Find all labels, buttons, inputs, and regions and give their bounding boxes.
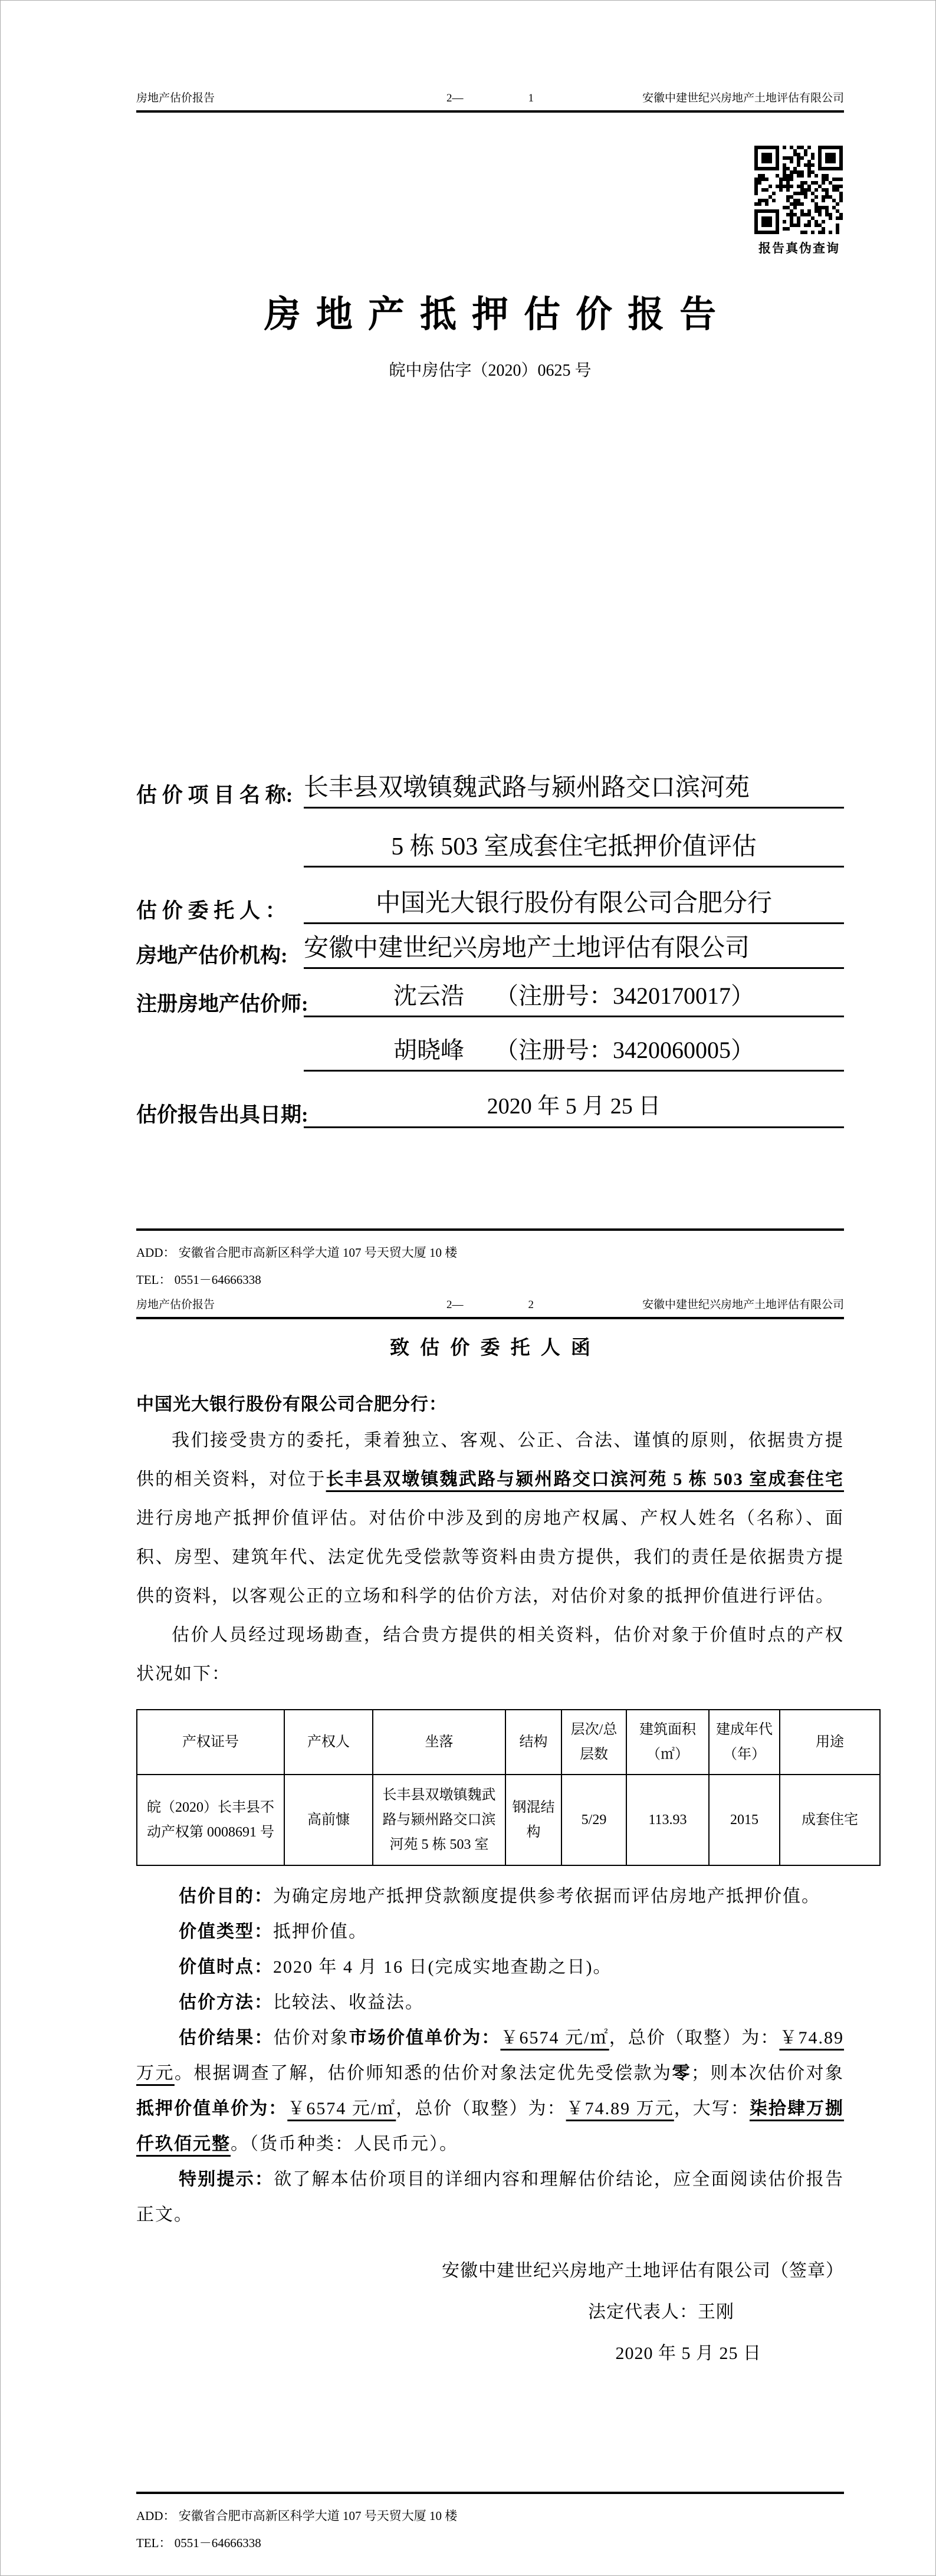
- result-market-unit-price-label: 市场价值单价为：: [349, 2028, 501, 2048]
- col-usage: 用途: [780, 1710, 880, 1775]
- field-appraiser-2: 胡晓峰 （注册号：3420060005）: [136, 1036, 844, 1072]
- appraiser-1-name: 沈云浩: [393, 982, 464, 1013]
- signature-block: 安徽中建世纪兴房地产土地评估有限公司（签章） 法定代表人：王刚 2020 年 5…: [136, 2250, 844, 2374]
- field-project-label: 估 价 项 目 名 称:: [136, 779, 304, 809]
- result-currency-note: 。（货币种类：人民币元）。: [231, 2134, 458, 2154]
- header-page-number: 2— 2: [446, 1299, 534, 1312]
- report-document: 房地产估价报告 2— 1 安徽中建世纪兴房地产土地评估有限公司 报告真伪查询 房…: [0, 0, 936, 2576]
- cell-year-built: 2015: [709, 1775, 780, 1865]
- field-project-value-line2: 5 栋 503 室成套住宅抵押价值评估: [304, 832, 844, 868]
- signature-date: 2020 年 5 月 25 日: [136, 2333, 844, 2374]
- col-structure: 结构: [505, 1710, 561, 1775]
- result-mortgage-unit-price-label: 抵押价值单价为：: [136, 2099, 287, 2118]
- appraiser-2-reg-no: （注册号：3420060005）: [495, 1036, 754, 1067]
- table-header-row: 产权证号 产权人 坐落 结构 层次/总层数 建筑面积（㎡） 建成年代（年） 用途: [137, 1710, 880, 1775]
- field-issue-date-value: 2020 年 5 月 25 日: [304, 1093, 844, 1128]
- letter-page: 房地产估价报告 2— 2 安徽中建世纪兴房地产土地评估有限公司 致估价委托人函 …: [136, 1296, 844, 2374]
- col-area: 建筑面积（㎡）: [626, 1710, 709, 1775]
- field-issue-date-label: 估价报告出具日期:: [136, 1099, 304, 1128]
- col-year-built: 建成年代（年）: [709, 1710, 780, 1775]
- field-client-label: 估 价 委 托 人 ：: [136, 895, 304, 924]
- letter-paragraph-1: 我们接受贵方的委托，秉着独立、客观、公正、合法、谨慎的原则，依据贵方提供的相关资…: [136, 1421, 844, 1616]
- field-appraiser-2-value: 胡晓峰 （注册号：3420060005）: [304, 1036, 844, 1072]
- method-label: 估价方法：: [179, 1993, 273, 2012]
- page2-running-footer: ADD： 安徽省合肥市高新区科学大道 107 号天贸大厦 10 楼 TEL： 0…: [136, 2492, 844, 2557]
- para1-post: 进行房地产抵押价值评估。对估价中涉及到的房地产权属、产权人姓名（名称）、面积、房…: [136, 1509, 844, 1606]
- letter-paragraph-2: 估价人员经过现场勘查，结合贵方提供的相关资料，估价对象于价值时点的产权状况如下：: [136, 1616, 844, 1694]
- qr-box: 报告真伪查询: [754, 146, 844, 257]
- cover-page: 房地产估价报告 2— 1 安徽中建世纪兴房地产土地评估有限公司 报告真伪查询 房…: [136, 89, 844, 1128]
- footer-address: ADD： 安徽省合肥市高新区科学大道 107 号天贸大厦 10 楼: [136, 1239, 844, 1266]
- footer-address: ADD： 安徽省合肥市高新区科学大道 107 号天贸大厦 10 楼: [136, 2502, 844, 2529]
- header-page-number: 2— 1: [446, 92, 534, 105]
- field-agency-label: 房地产估价机构:: [136, 939, 304, 969]
- result-then-text: ；则本次估价对象: [691, 2064, 844, 2083]
- section-result: 估价结果：估价对象市场价值单价为：￥6574 元/㎡，总价（取整）为：￥74.8…: [136, 2020, 844, 2162]
- qr-area: 报告真伪查询: [136, 146, 844, 257]
- result-market-unit-price: ￥6574 元/㎡: [500, 2028, 609, 2048]
- col-floor: 层次/总层数: [561, 1710, 626, 1775]
- header-doc-type: 房地产估价报告: [136, 89, 446, 105]
- section-value-date: 价值时点：2020 年 4 月 16 日(完成实地查勘之日)。: [136, 1950, 844, 1985]
- page-number-prefix: 2—: [446, 92, 464, 105]
- report-doc-number: 皖中房估字（2020）0625 号: [136, 357, 844, 381]
- page1-running-footer: ADD： 安徽省合肥市高新区科学大道 107 号天贸大厦 10 楼 TEL： 0…: [136, 1228, 844, 1293]
- result-prior-claims-zero: 零: [672, 2064, 691, 2083]
- letter-salutation: 中国光大银行股份有限公司合肥分行：: [136, 1389, 844, 1415]
- field-issue-date: 估价报告出具日期: 2020 年 5 月 25 日: [136, 1093, 844, 1128]
- col-location: 坐落: [373, 1710, 505, 1775]
- result-mortgage-total-label: ，总价（取整）为：: [396, 2099, 566, 2118]
- para1-subject: 长丰县双墩镇魏武路与颍州路交口滨河苑 5 栋 503 室成套住宅: [326, 1470, 844, 1489]
- field-appraiser-1: 注册房地产估价师: 沈云浩 （注册号：3420170017）: [136, 982, 844, 1017]
- signature-legal-representative: 法定代表人：王刚: [136, 2292, 844, 2333]
- cell-owner: 高前慷: [284, 1775, 373, 1865]
- page-number-value: 2: [528, 1299, 534, 1312]
- header-company-name: 安徽中建世纪兴房地产土地评估有限公司: [534, 1296, 844, 1312]
- appraisal-summary-sections: 估价目的：为确定房地产抵押贷款额度提供参考依据而评估房地产抵押价值。 价值类型：…: [136, 1879, 844, 2233]
- footer-phone: TEL： 0551－64666338: [136, 2529, 844, 2557]
- col-cert-no: 产权证号: [137, 1710, 284, 1775]
- value-type-label: 价值类型：: [179, 1922, 273, 1941]
- field-project-name: 估 价 项 目 名 称: 长丰县双墩镇魏武路与颍州路交口滨河苑: [136, 773, 844, 809]
- field-project-value-line1: 长丰县双墩镇魏武路与颍州路交口滨河苑: [304, 773, 844, 809]
- qr-code-icon: [754, 146, 843, 234]
- result-capital-label: ，大写：: [674, 2099, 750, 2118]
- method-text: 比较法、收益法。: [273, 1993, 424, 2012]
- field-appraiser-label: 注册房地产估价师:: [136, 988, 304, 1017]
- section-special-tips: 特别提示：欲了解本估价项目的详细内容和理解估价结论，应全面阅读估价报告正文。: [136, 2162, 844, 2233]
- value-date-text: 2020 年 4 月 16 日(完成实地查勘之日)。: [273, 1957, 612, 1977]
- tips-label: 特别提示：: [179, 2170, 274, 2189]
- section-method: 估价方法：比较法、收益法。: [136, 1985, 844, 2020]
- field-agency: 房地产估价机构: 安徽中建世纪兴房地产土地评估有限公司: [136, 934, 844, 969]
- property-rights-table: 产权证号 产权人 坐落 结构 层次/总层数 建筑面积（㎡） 建成年代（年） 用途…: [136, 1709, 881, 1866]
- cover-fields: 估 价 项 目 名 称: 长丰县双墩镇魏武路与颍州路交口滨河苑 5 栋 503 …: [136, 773, 844, 1128]
- section-value-type: 价值类型：抵押价值。: [136, 1914, 844, 1950]
- value-date-label: 价值时点：: [179, 1957, 273, 1977]
- result-label: 估价结果：: [179, 2028, 273, 2048]
- footer-phone: TEL： 0551－64666338: [136, 1266, 844, 1293]
- header-doc-type: 房地产估价报告: [136, 1296, 446, 1312]
- page1-running-header: 房地产估价报告 2— 1 安徽中建世纪兴房地产土地评估有限公司: [136, 89, 844, 113]
- qr-caption: 报告真伪查询: [754, 239, 844, 257]
- field-agency-value: 安徽中建世纪兴房地产土地评估有限公司: [304, 934, 844, 969]
- result-mortgage-unit-price: ￥6574 元/㎡: [287, 2099, 396, 2118]
- cell-floor: 5/29: [561, 1775, 626, 1865]
- report-title: 房地产抵押估价报告: [136, 285, 844, 337]
- appraiser-2-name: 胡晓峰: [393, 1036, 464, 1067]
- cell-location: 长丰县双墩镇魏武路与颍州路交口滨河苑 5 栋 503 室: [373, 1775, 505, 1865]
- result-mortgage-total-price: ￥74.89 万元: [566, 2099, 674, 2118]
- value-type-text: 抵押价值。: [273, 1922, 367, 1941]
- result-total-label: ，总价（取整）为：: [609, 2028, 780, 2048]
- field-client: 估 价 委 托 人 ： 中国光大银行股份有限公司合肥分行: [136, 889, 844, 924]
- cell-usage: 成套住宅: [780, 1775, 880, 1865]
- header-company-name: 安徽中建世纪兴房地产土地评估有限公司: [534, 89, 844, 105]
- table-row: 皖（2020）长丰县不动产权第 0008691 号 高前慷 长丰县双墩镇魏武路与…: [137, 1775, 880, 1865]
- page-number-prefix: 2—: [446, 1299, 464, 1312]
- section-purpose: 估价目的：为确定房地产抵押贷款额度提供参考依据而评估房地产抵押价值。: [136, 1879, 844, 1914]
- result-text: 估价对象: [273, 2028, 349, 2048]
- signature-company-seal: 安徽中建世纪兴房地产土地评估有限公司（签章）: [136, 2250, 844, 2292]
- page2-running-header: 房地产估价报告 2— 2 安徽中建世纪兴房地产土地评估有限公司: [136, 1296, 844, 1319]
- cell-area: 113.93: [626, 1775, 709, 1865]
- purpose-text: 为确定房地产抵押贷款额度提供参考依据而评估房地产抵押价值。: [273, 1887, 820, 1906]
- result-prior-claims-text: 。根据调查了解，估价师知悉的估价对象法定优先受偿款为: [175, 2064, 672, 2083]
- col-owner: 产权人: [284, 1710, 373, 1775]
- cell-structure: 钢混结构: [505, 1775, 561, 1865]
- field-client-value: 中国光大银行股份有限公司合肥分行: [304, 889, 844, 924]
- cell-cert-no: 皖（2020）长丰县不动产权第 0008691 号: [137, 1775, 284, 1865]
- page-number-value: 1: [528, 92, 534, 105]
- purpose-label: 估价目的：: [179, 1887, 273, 1906]
- field-appraiser-1-value: 沈云浩 （注册号：3420170017）: [304, 982, 844, 1017]
- letter-title: 致估价委托人函: [136, 1332, 844, 1360]
- field-project-name-line2: 5 栋 503 室成套住宅抵押价值评估: [136, 832, 844, 868]
- appraiser-1-reg-no: （注册号：3420170017）: [495, 982, 754, 1013]
